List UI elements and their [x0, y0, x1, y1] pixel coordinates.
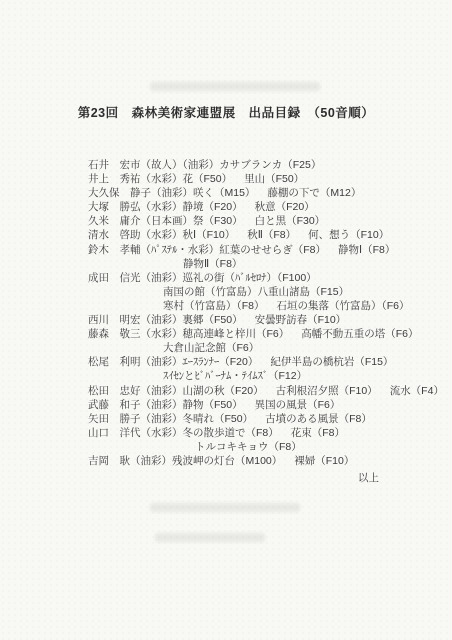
artist-name-and-media: 井上 秀祐（水彩）: [88, 172, 183, 186]
work-title: 流水（F4）: [390, 385, 444, 397]
work-title: 藤棚の下で（M12）: [267, 187, 361, 199]
artist-name-and-media: 清水 啓助（水彩）: [88, 228, 183, 242]
catalog-line: 南国の館（竹富島）八重山諸島（F15）: [88, 285, 442, 299]
work-title: 秋意（F20）: [255, 201, 315, 213]
work-title: 高幡不動五重の塔（F6）: [301, 328, 418, 340]
work-title: 白と黒（F30）: [255, 215, 326, 227]
artist-name-and-media: 松田 忠好（油彩）: [88, 384, 183, 398]
work-title: 異国の風景（F6）: [255, 399, 341, 411]
work-title: 古墳のある風景（F8）: [265, 413, 372, 425]
catalog-line: 武藤 和子（油彩）静物（F50）異国の風景（F6）: [88, 398, 442, 412]
work-title: 古利根沼夕照（F10）: [276, 385, 378, 397]
catalog-line: 吉岡 耿（油彩）残波岬の灯台（M100）裸婦（F10）: [88, 454, 442, 468]
catalog-line: ｽｲｾﾝとﾋﾞﾊﾞｰﾅﾑ・ﾃｲﾑｽﾞ（F12）: [88, 369, 442, 383]
work-title: 秋Ⅰ（F10）: [183, 229, 236, 241]
catalog-line: 静物Ⅱ（F8）: [88, 257, 442, 271]
work-title: 静物（F50）: [183, 399, 243, 411]
work-title: 寒村（竹富島）（F8）: [163, 300, 265, 312]
work-title: 石垣の集落（竹富島）（F6）: [277, 300, 410, 312]
catalog-line: 松尾 利明（油彩）ｴｰｽﾗﾝﾅｰ（F20）紀伊半島の橋杭岩（F15）: [88, 355, 442, 369]
catalog-line: 寒村（竹富島）（F8）石垣の集落（竹富島）（F6）: [88, 299, 442, 313]
work-title: 南国の館（竹富島）八重山諸島（F15）: [163, 286, 349, 298]
catalog-line: 石井 宏市（故人）（油彩）カサブランカ（F25）: [88, 158, 442, 172]
closing-mark: 以上: [88, 471, 442, 485]
work-title: カサブランカ（F25）: [219, 159, 321, 171]
catalog-line: 山口 洋代（水彩）冬の散歩道で（F8）花束（F8）: [88, 426, 442, 440]
artist-name-and-media: 鈴木 孝輔（ﾊﾟｽﾃﾙ・水彩）: [88, 243, 219, 257]
artist-name-and-media: 矢田 勝子（油彩）: [88, 412, 183, 426]
catalog-line: 矢田 勝子（油彩）冬晴れ（F50）古墳のある風景（F8）: [88, 412, 442, 426]
work-title: 祭（F30）: [193, 215, 243, 227]
work-title: 残波岬の灯台（M100）: [172, 455, 282, 467]
work-title: 穂高連峰と梓川（F6）: [183, 328, 290, 340]
work-title: 山湖の秋（F20）: [183, 385, 264, 397]
work-title: 安曇野訪春（F10）: [255, 314, 347, 326]
work-title: 秋Ⅱ（F8）: [247, 229, 296, 241]
work-title: トルコキキョウ（F8）: [195, 441, 302, 453]
work-title: ｴｰｽﾗﾝﾅｰ（F20）: [183, 356, 259, 368]
catalog-line: 鈴木 孝輔（ﾊﾟｽﾃﾙ・水彩）紅葉のせせらぎ（F8）静物Ⅰ（F8）: [88, 243, 442, 257]
catalog-line: 藤森 敬三（水彩）穂高連峰と梓川（F6）高幡不動五重の塔（F6）: [88, 327, 442, 341]
work-title: 冬の散歩道で（F8）: [183, 427, 279, 439]
work-title: 花（F50）: [183, 173, 233, 185]
artist-name-and-media: 大塚 勝弘（水彩）: [88, 200, 183, 214]
work-title: 紀伊半島の橋杭岩（F15）: [270, 356, 393, 368]
ink-bleedthrough-top: [150, 82, 320, 91]
work-title: 裸婦（F10）: [294, 455, 354, 467]
work-title: 花束（F8）: [291, 427, 345, 439]
catalog-line: 大倉山記念館（F6）: [88, 341, 442, 355]
catalog-line: トルコキキョウ（F8）: [88, 440, 442, 454]
artist-name-and-media: 吉岡 耿（油彩）: [88, 454, 172, 468]
artist-name-and-media: 武藤 和子（油彩）: [88, 398, 183, 412]
artist-name-and-media: 山口 洋代（水彩）: [88, 426, 183, 440]
artist-name-and-media: 西川 明宏（油彩）: [88, 313, 183, 327]
catalog-line: 松田 忠好（油彩）山湖の秋（F20）古利根沼夕照（F10）流水（F4）: [88, 384, 442, 398]
ink-bleedthrough-bottom-1: [150, 503, 300, 512]
work-title: 静物Ⅰ（F8）: [338, 244, 395, 256]
page-title: 第23回 森林美術家連盟展 出品目録 （50音順）: [0, 103, 452, 121]
work-title: 冬晴れ（F50）: [183, 413, 254, 425]
catalog-line: 成田 信光（油彩）巡礼の街（ﾊﾞﾙｾﾛﾅ）（F100）: [88, 271, 442, 285]
work-title: 裏郷（F50）: [183, 314, 243, 326]
work-title: 大倉山記念館（F6）: [163, 342, 259, 354]
artist-name-and-media: 藤森 敬三（水彩）: [88, 327, 183, 341]
artist-name-and-media: 久米 庸介（日本画）: [88, 214, 193, 228]
work-title: ｽｲｾﾝとﾋﾞﾊﾞｰﾅﾑ・ﾃｲﾑｽﾞ（F12）: [163, 370, 307, 382]
work-title: 巡礼の街（ﾊﾞﾙｾﾛﾅ）（F100）: [183, 272, 317, 284]
work-title: 何、想う（F10）: [308, 229, 389, 241]
catalog-list: 石井 宏市（故人）（油彩）カサブランカ（F25）井上 秀祐（水彩）花（F50）里…: [88, 158, 442, 485]
work-title: 里山（F50）: [244, 173, 304, 185]
artist-name-and-media: 石井 宏市（故人）（油彩）: [88, 158, 219, 172]
catalog-line: 大久保 静子（油彩）咲く（M15）藤棚の下で（M12）: [88, 186, 442, 200]
artist-name-and-media: 成田 信光（油彩）: [88, 271, 183, 285]
work-title: 紅葉のせせらぎ（F8）: [219, 244, 326, 256]
artist-name-and-media: 大久保 静子（油彩）: [88, 186, 193, 200]
work-title: 静境（F20）: [183, 201, 243, 213]
work-title: 咲く（M15）: [193, 187, 255, 199]
catalog-line: 西川 明宏（油彩）裏郷（F50）安曇野訪春（F10）: [88, 313, 442, 327]
ink-bleedthrough-bottom-2: [155, 533, 265, 542]
catalog-line: 大塚 勝弘（水彩）静境（F20）秋意（F20）: [88, 200, 442, 214]
work-title: 静物Ⅱ（F8）: [183, 258, 242, 270]
catalog-line: 清水 啓助（水彩）秋Ⅰ（F10）秋Ⅱ（F8）何、想う（F10）: [88, 228, 442, 242]
catalog-line: 井上 秀祐（水彩）花（F50）里山（F50）: [88, 172, 442, 186]
catalog-line: 久米 庸介（日本画）祭（F30）白と黒（F30）: [88, 214, 442, 228]
artist-name-and-media: 松尾 利明（油彩）: [88, 355, 183, 369]
scanned-document-page: 第23回 森林美術家連盟展 出品目録 （50音順） 石井 宏市（故人）（油彩）カ…: [0, 0, 452, 640]
